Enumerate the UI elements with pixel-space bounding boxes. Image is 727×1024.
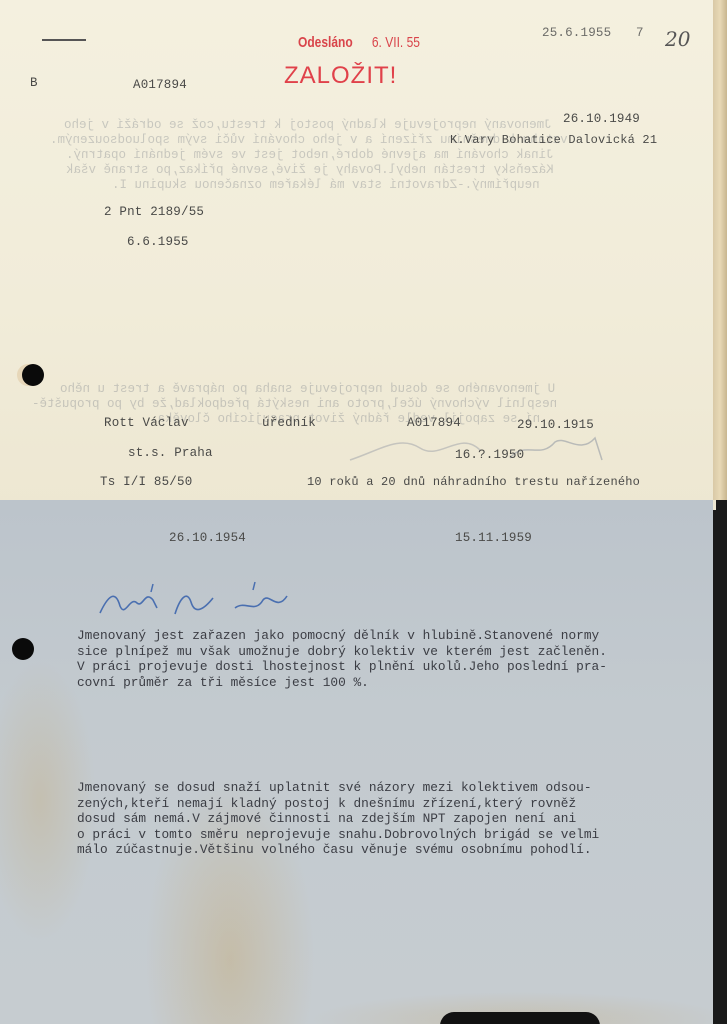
page-edge-underlay bbox=[713, 0, 727, 500]
faint-signature-icon bbox=[340, 420, 620, 470]
prisoner-number-top: A017894 bbox=[133, 78, 187, 92]
case-date: 6.6.1955 bbox=[127, 235, 189, 249]
case-reference: 2 Pnt 2189/55 bbox=[104, 205, 204, 219]
blue-signature-icon bbox=[95, 578, 305, 628]
sentence: 10 roků a 20 dnů náhradního trestu naříz… bbox=[307, 475, 640, 489]
margin-mark bbox=[42, 39, 86, 41]
verdict-date: 16.?.1950 bbox=[455, 448, 524, 462]
file-reference: Ts I/I 85/50 bbox=[100, 475, 192, 489]
birth-date: 26.10.1949 bbox=[563, 112, 640, 126]
sent-stamp: Odesláno6. VII. 55 bbox=[298, 34, 420, 51]
bleed-through-line: nesplnil výchovný účel,proto ani neskýtá… bbox=[32, 397, 557, 411]
date-top: 25.6.1955 bbox=[542, 26, 611, 40]
work-assessment-paragraph: Jmenovaný jest zařazen jako pomocný děln… bbox=[77, 628, 607, 690]
sentence-end-date: 15.11.1959 bbox=[455, 531, 532, 545]
paragraph-line: dosud sám nemá.V zájmové činnosti na zde… bbox=[77, 811, 599, 827]
paragraph-line: sice plnípež mu však umožnuje dobrý kole… bbox=[77, 644, 607, 660]
behavior-assessment-paragraph: Jmenovaný se dosud snaží uplatnit své ná… bbox=[77, 780, 599, 858]
person-name: Rott Václav bbox=[104, 416, 189, 430]
address: K.Vary Bohatice Dalovická 21 bbox=[450, 133, 657, 147]
paragraph-line: Jmenovaný se dosud snaží uplatnit své ná… bbox=[77, 780, 599, 796]
sent-date: 6. VII. 55 bbox=[372, 34, 420, 51]
paragraph-line: zených,kteří nemají kladný postoj k dneš… bbox=[77, 796, 599, 812]
letter-b: B bbox=[30, 76, 38, 90]
bleed-through-line: U jmenovaného se dosud neprojevuje snaha… bbox=[60, 382, 555, 396]
paragraph-line: covní průměr za tři měsíce jest 100 %. bbox=[77, 675, 607, 691]
punch-hole-icon bbox=[22, 364, 44, 386]
court: st.s. Praha bbox=[128, 446, 213, 460]
file-instruction-stamp: ZALOŽIT! bbox=[284, 62, 397, 90]
person-occupation: úředník bbox=[262, 416, 316, 430]
bleed-through-line: Kázeňsky trestán nebyl.Povahy je živé,se… bbox=[66, 163, 554, 177]
paragraph-line: málo zúčastnuje.Většinu volného času věn… bbox=[77, 842, 599, 858]
page-number: 7 bbox=[636, 26, 644, 40]
paragraph-line: Jmenovaný jest zařazen jako pomocný děln… bbox=[77, 628, 607, 644]
bleed-through-line: neupřímný.-Zdravotní stav má lékařem ozn… bbox=[112, 178, 540, 192]
paragraph-line: o práci v tomto směru neprojevuje snahu.… bbox=[77, 827, 599, 843]
handwritten-folio: 20 bbox=[665, 27, 690, 51]
sent-label: Odesláno bbox=[298, 34, 353, 51]
bleed-through-line: Jinak chování ma ajevné dobré,nebot jest… bbox=[66, 148, 554, 162]
sentence-start-date: 26.10.1954 bbox=[169, 531, 246, 545]
punch-hole-icon bbox=[12, 638, 34, 660]
paragraph-line: V práci projevuje dosti lhostejnost k pl… bbox=[77, 659, 607, 675]
bleed-through-line: Jmenovaný neprojevuje kladný postoj k tr… bbox=[64, 118, 552, 132]
page-bottom-cutout bbox=[440, 1012, 600, 1024]
